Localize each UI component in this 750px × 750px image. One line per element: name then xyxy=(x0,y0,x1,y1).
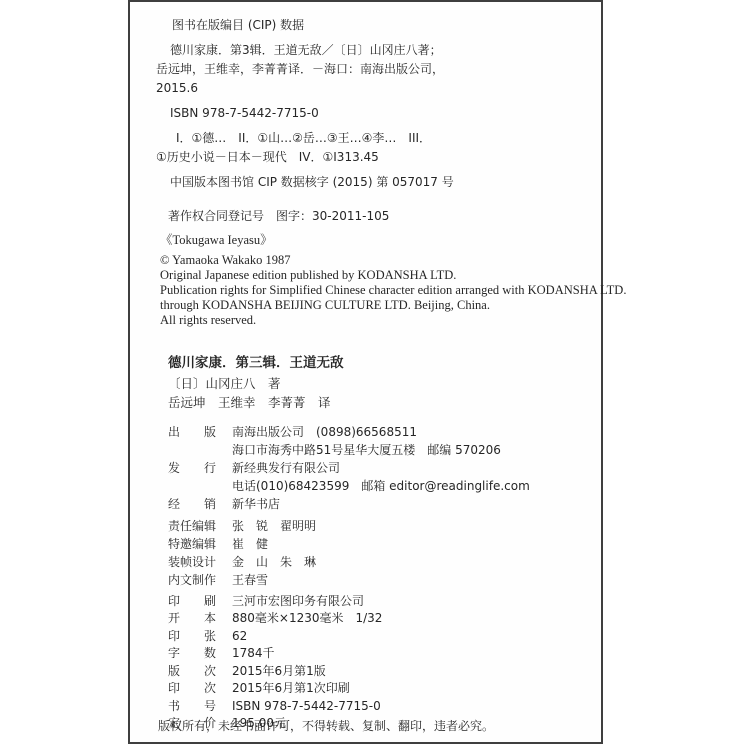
book-title: 德川家康．第三辑．王道无敌 xyxy=(168,354,591,374)
staff-row: 特邀编辑 崔 健 xyxy=(168,535,591,553)
printing-row: 印 次 2015年6月第1次印刷 xyxy=(168,680,591,698)
row-value: 三河市宏图印务有限公司 xyxy=(232,593,364,611)
staff-row: 内文制作 王春雪 xyxy=(168,571,591,589)
title-block: 德川家康．第三辑．王道无敌 〔日〕山冈庄八 著 岳远坤 王维幸 李菁菁 译 xyxy=(156,354,591,413)
publication-row: 海口市海秀中路51号星华大厦五楼 邮编 570206 xyxy=(168,441,591,459)
row-label: 特邀编辑 xyxy=(168,535,232,553)
row-label: 经 销 xyxy=(168,495,232,513)
publication-row: 出 版 南海出版公司 (0898)66568511 xyxy=(168,423,591,441)
row-value: 王春雪 xyxy=(232,571,268,589)
row-value: 南海出版公司 (0898)66568511 xyxy=(232,423,417,441)
book-translators: 岳远坤 王维幸 李菁菁 译 xyxy=(168,393,591,413)
copyright-line: Publication rights for Simplified Chines… xyxy=(156,283,591,298)
cip-heading: 图书在版编目 (CIP) 数据 xyxy=(156,16,591,35)
publication-info: 出 版 南海出版公司 (0898)66568511 海口市海秀中路51号星华大厦… xyxy=(156,423,591,513)
copyright-line: through KODANSHA BEIJING CULTURE LTD. Be… xyxy=(156,298,591,313)
row-label: 发 行 xyxy=(168,459,232,477)
cip-entry-line2: 岳远坤，王维幸，李菁菁译．－海口：南海出版公司， xyxy=(156,60,591,79)
row-label xyxy=(168,441,232,459)
publication-row: 经 销 新华书店 xyxy=(168,495,591,513)
row-value: 电话(010)68423599 邮箱 editor@readinglife.co… xyxy=(232,477,530,495)
copyright-registration: 著作权合同登记号 图字：30-2011-105 xyxy=(156,207,591,226)
row-value: 2015年6月第1版 xyxy=(232,663,326,681)
copyright-line: All rights reserved. xyxy=(156,313,591,328)
row-value: 张 锐 翟明明 xyxy=(232,517,316,535)
row-value: 海口市海秀中路51号星华大厦五楼 邮编 570206 xyxy=(232,441,501,459)
cip-block: 图书在版编目 (CIP) 数据 德川家康．第3辑．王道无敌／〔日〕山冈庄八著； … xyxy=(156,16,591,192)
row-value: 金 山 朱 琳 xyxy=(232,553,316,571)
row-value: 880毫米×1230毫米 1/32 xyxy=(232,610,382,628)
book-copyright-page: 图书在版编目 (CIP) 数据 德川家康．第3辑．王道无敌／〔日〕山冈庄八著； … xyxy=(128,0,603,744)
row-value: 2015年6月第1次印刷 xyxy=(232,680,350,698)
row-label: 字 数 xyxy=(168,645,232,663)
row-label: 书 号 xyxy=(168,698,232,716)
copyright-line: Original Japanese edition published by K… xyxy=(156,268,591,283)
publication-row: 电话(010)68423599 邮箱 editor@readinglife.co… xyxy=(168,477,591,495)
cip-isbn: ISBN 978-7-5442-7715-0 xyxy=(156,104,591,123)
row-value: 崔 健 xyxy=(232,535,268,553)
row-label xyxy=(168,477,232,495)
original-title: 《Tokugawa Ieyasu》 xyxy=(156,233,591,248)
printing-row: 印 张 62 xyxy=(168,628,591,646)
row-label: 开 本 xyxy=(168,610,232,628)
printing-row: 印 刷 三河市宏图印务有限公司 xyxy=(168,593,591,611)
row-value: 62 xyxy=(232,628,247,646)
cip-entry-line1: 德川家康．第3辑．王道无敌／〔日〕山冈庄八著； xyxy=(156,41,591,60)
copyright-line: © Yamaoka Wakako 1987 xyxy=(156,253,591,268)
staff-row: 责任编辑 张 锐 翟明明 xyxy=(168,517,591,535)
cip-classification-line1: I．①德… II．①山…②岳…③王…④李… III． xyxy=(156,129,591,148)
printing-row: 版 次 2015年6月第1版 xyxy=(168,663,591,681)
row-label: 印 刷 xyxy=(168,593,232,611)
row-label: 印 张 xyxy=(168,628,232,646)
row-label: 责任编辑 xyxy=(168,517,232,535)
printing-row: 字 数 1784千 xyxy=(168,645,591,663)
copyright-block: 《Tokugawa Ieyasu》 © Yamaoka Wakako 1987 … xyxy=(156,233,591,328)
cip-entry-line3: 2015.6 xyxy=(156,79,591,98)
row-label: 出 版 xyxy=(168,423,232,441)
row-label: 装帧设计 xyxy=(168,553,232,571)
row-value: 新经典发行有限公司 xyxy=(232,459,340,477)
publication-row: 发 行 新经典发行有限公司 xyxy=(168,459,591,477)
row-label: 内文制作 xyxy=(168,571,232,589)
rights-notice: 版权所有，未经书面许可，不得转载、复制、翻印，违者必究。 xyxy=(158,718,494,734)
printing-row: 开 本 880毫米×1230毫米 1/32 xyxy=(168,610,591,628)
staff-credits: 责任编辑 张 锐 翟明明 特邀编辑 崔 健 装帧设计 金 山 朱 琳 内文制作 … xyxy=(156,517,591,589)
cip-classification-line2: ①历史小说－日本－现代 IV．①I313.45 xyxy=(156,148,591,167)
printing-row: 书 号 ISBN 978-7-5442-7715-0 xyxy=(168,698,591,716)
row-value: 1784千 xyxy=(232,645,275,663)
row-value: ISBN 978-7-5442-7715-0 xyxy=(232,698,381,716)
row-label: 印 次 xyxy=(168,680,232,698)
cip-record-number: 中国版本图书馆 CIP 数据核字 (2015) 第 057017 号 xyxy=(156,173,591,192)
row-value: 新华书店 xyxy=(232,495,280,513)
staff-row: 装帧设计 金 山 朱 琳 xyxy=(168,553,591,571)
book-author: 〔日〕山冈庄八 著 xyxy=(168,374,591,394)
printing-info: 印 刷 三河市宏图印务有限公司 开 本 880毫米×1230毫米 1/32 印 … xyxy=(156,593,591,733)
row-label: 版 次 xyxy=(168,663,232,681)
